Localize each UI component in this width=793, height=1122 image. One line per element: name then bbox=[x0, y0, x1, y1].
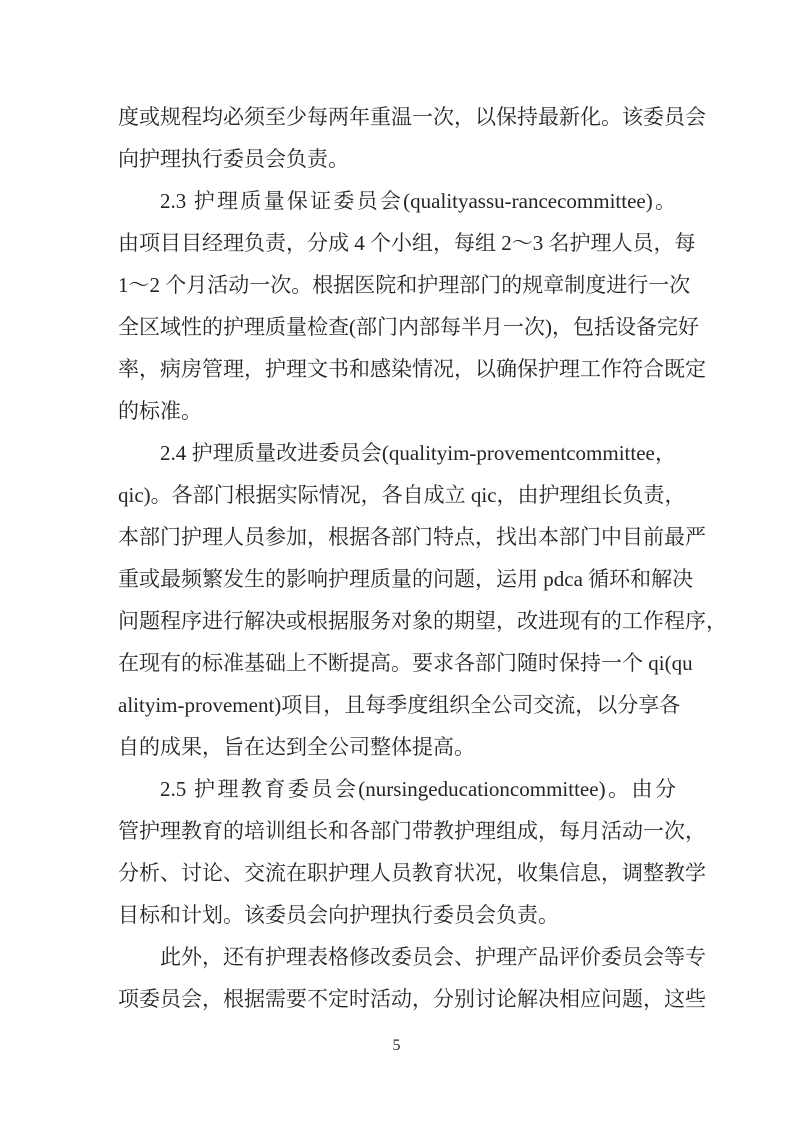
text-line: 此外，还有护理表格修改委员会、护理产品评价委员会等专 bbox=[118, 936, 676, 978]
text-line: 目标和计划。该委员会向护理执行委员会负责。 bbox=[118, 894, 676, 936]
text-line: alityim-provement)项目，且每季度组织全公司交流，以分享各 bbox=[118, 684, 676, 726]
text-line: 度或规程均必须至少每两年重温一次，以保持最新化。该委员会 bbox=[118, 96, 676, 138]
text-line: 全区域性的护理质量检查(部门内部每半月一次)，包括设备完好 bbox=[118, 306, 676, 348]
text-line: 2.3 护理质量保证委员会(qualityassu-rancecommittee… bbox=[118, 180, 676, 222]
document-page: 度或规程均必须至少每两年重温一次，以保持最新化。该委员会 向护理执行委员会负责。… bbox=[0, 0, 793, 1122]
page-number: 5 bbox=[0, 1036, 793, 1056]
text-line: 重或最频繁发生的影响护理质量的问题，运用 pdca 循环和解决 bbox=[118, 558, 676, 600]
text-line: 问题程序进行解决或根据服务对象的期望，改进现有的工作程序， bbox=[118, 600, 676, 642]
text-line: 在现有的标准基础上不断提高。要求各部门随时保持一个 qi(qu bbox=[118, 642, 676, 684]
text-line: qic)。各部门根据实际情况，各自成立 qic，由护理组长负责， bbox=[118, 474, 676, 516]
text-line: 本部门护理人员参加，根据各部门特点，找出本部门中目前最严 bbox=[118, 516, 676, 558]
text-line: 向护理执行委员会负责。 bbox=[118, 138, 676, 180]
text-line: 自的成果，旨在达到全公司整体提高。 bbox=[118, 726, 676, 768]
text-line: 由项目目经理负责，分成 4 个小组，每组 2～3 名护理人员，每 bbox=[118, 222, 676, 264]
text-line: 率，病房管理，护理文书和感染情况，以确保护理工作符合既定 bbox=[118, 348, 676, 390]
text-line: 2.4 护理质量改进委员会(qualityim-provementcommitt… bbox=[118, 432, 676, 474]
text-line: 分析、讨论、交流在职护理人员教育状况，收集信息，调整教学 bbox=[118, 852, 676, 894]
text-line: 项委员会，根据需要不定时活动，分别讨论解决相应问题，这些 bbox=[118, 978, 676, 1020]
text-line: 管护理教育的培训组长和各部门带教护理组成，每月活动一次， bbox=[118, 810, 676, 852]
document-body: 度或规程均必须至少每两年重温一次，以保持最新化。该委员会 向护理执行委员会负责。… bbox=[118, 96, 676, 1020]
text-line: 2.5 护理教育委员会(nursingeducationcommittee)。由… bbox=[118, 768, 676, 810]
text-line: 的标准。 bbox=[118, 390, 676, 432]
text-line: 1～2 个月活动一次。根据医院和护理部门的规章制度进行一次 bbox=[118, 264, 676, 306]
